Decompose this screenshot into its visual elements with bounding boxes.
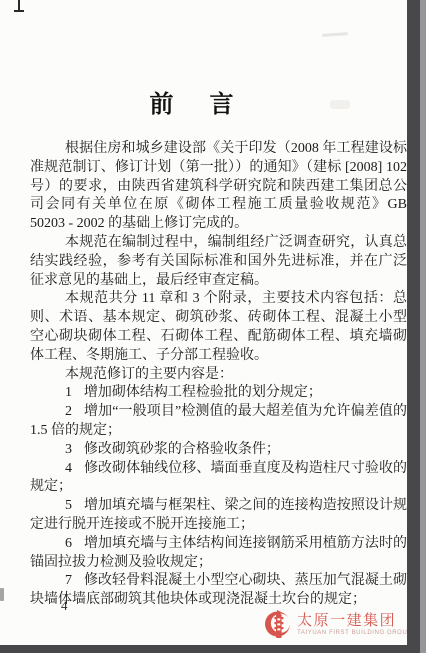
list-item: 7修改轻骨料混凝土小型空心砌块、蒸压加气混凝土砌块墙体墙底部砌筑其他块体或现浇混… <box>30 572 407 610</box>
item-number: 2 <box>65 404 72 419</box>
building-group-logo-icon <box>264 607 293 641</box>
registration-mark-foot <box>14 10 24 12</box>
company-name-english: TAIYUAN FIRST BUILDING GROUP <box>297 629 412 637</box>
item-number: 3 <box>65 442 72 457</box>
body-text: 根据住房和城乡建设部《关于印发（2008 年工程建设标准规范制订、修订计划（第一… <box>30 140 407 610</box>
item-text: 增加砌体结构工程检验批的划分规定； <box>84 385 322 400</box>
list-item: 4修改砌体轴线位移、墙面垂直度及构造柱尺寸验收的规定； <box>30 460 407 498</box>
paragraph: 根据住房和城乡建设部《关于印发（2008 年工程建设标准规范制订、修订计划（第一… <box>30 140 407 234</box>
item-text: 修改轻骨料混凝土小型空心砌块、蒸压加气混凝土砌块墙体墙底部砌筑其他块体或现浇混凝… <box>30 573 407 607</box>
item-number: 1 <box>65 385 72 400</box>
list-item: 5增加填充墙与框架柱、梁之间的连接构造按照设计规定进行脱开连接或不脱开连接施工； <box>30 497 407 535</box>
list-item: 1增加砌体结构工程检验批的划分规定； <box>30 384 407 403</box>
company-watermark-logo: 太原一建集团 TAIYUAN FIRST BUILDING GROUP <box>264 607 412 641</box>
paragraph: 本规范共分 11 章和 3 个附录，主要技术内容包括：总则、术语、基本规定、砌筑… <box>30 290 407 365</box>
scan-edge-right-light <box>420 0 426 653</box>
item-number: 4 <box>65 461 72 476</box>
paragraph: 本规范在编制过程中，编制组经广泛调查研究，认真总结实践经验，参考有关国际标准和国… <box>30 234 407 290</box>
scan-edge-right-dark <box>407 0 420 653</box>
scanned-document-page: 前 言 根据住房和城乡建设部《关于印发（2008 年工程建设标准规范制订、修订计… <box>0 0 426 653</box>
item-text: 修改砌体轴线位移、墙面垂直度及构造柱尺寸验收的规定； <box>30 461 407 495</box>
registration-mark <box>14 0 24 14</box>
company-name-chinese: 太原一建集团 <box>297 612 412 629</box>
item-text: 增加填充墙与主体结构间连接钢筋采用植筋方法时的锚固拉拔力检测及验收规定； <box>30 536 407 570</box>
scan-edge-bottom <box>0 645 420 653</box>
item-text: 修改砌筑砂浆的合格验收条件； <box>84 442 280 457</box>
page-content: 前 言 根据住房和城乡建设部《关于印发（2008 年工程建设标准规范制订、修订计… <box>30 0 407 610</box>
list-item: 3修改砌筑砂浆的合格验收条件； <box>30 441 407 460</box>
paragraph: 本规范修订的主要内容是： <box>30 366 407 385</box>
item-text: 增加“一般项目”检测值的最大超差值为允许偏差值的 1.5 倍的规定； <box>30 404 407 438</box>
item-text: 增加填充墙与框架柱、梁之间的连接构造按照设计规定进行脱开连接或不脱开连接施工； <box>30 498 407 532</box>
page-title: 前 言 <box>30 84 359 119</box>
list-item: 6增加填充墙与主体结构间连接钢筋采用植筋方法时的锚固拉拔力检测及验收规定； <box>30 535 407 573</box>
scan-edge-mark <box>0 588 4 601</box>
item-number: 7 <box>65 573 72 588</box>
item-number: 5 <box>65 498 72 513</box>
page-number: 4 <box>61 598 68 614</box>
item-number: 6 <box>65 536 72 551</box>
list-item: 2增加“一般项目”检测值的最大超差值为允许偏差值的 1.5 倍的规定； <box>30 403 407 441</box>
